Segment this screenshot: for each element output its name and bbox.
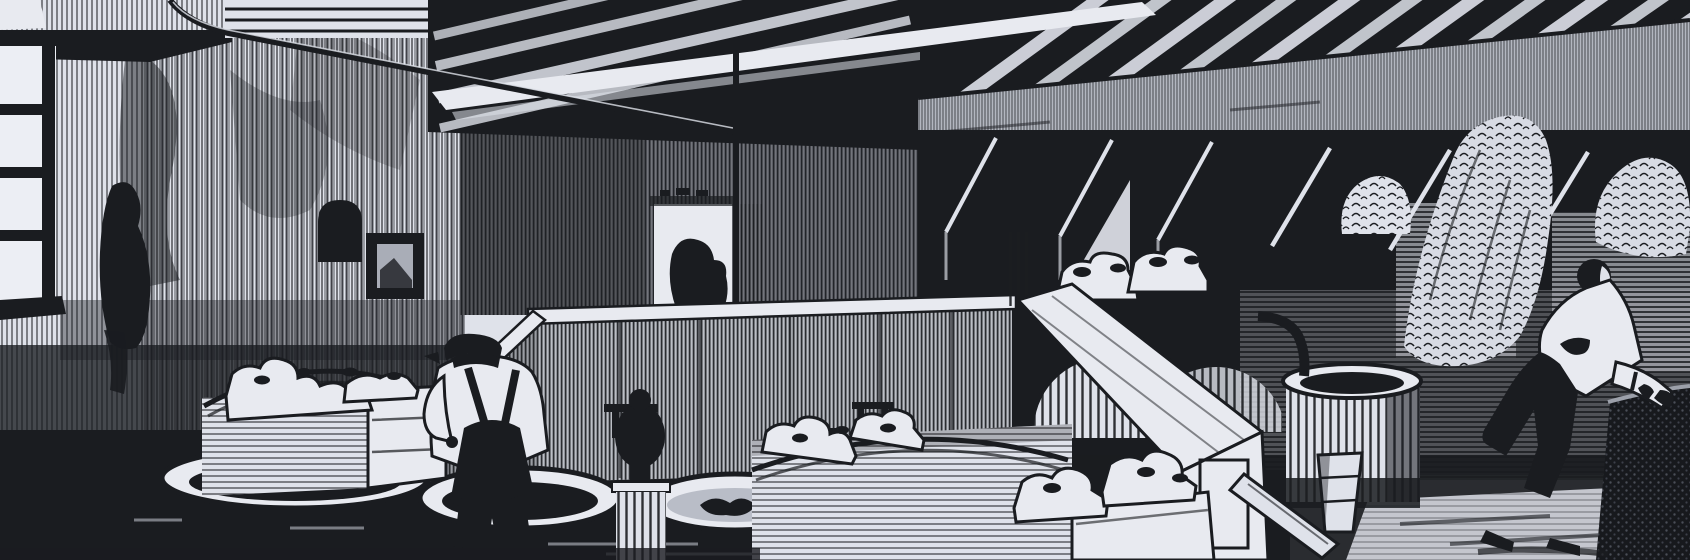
wicker-basket [1596,386,1690,560]
floor-near-edge [0,548,760,560]
engraving-canvas [0,0,1690,560]
doorway [650,188,762,308]
wall-top-slats [225,0,437,38]
wall-niche [318,200,362,262]
engraving-factory-interior: Engraved illustration of a 19th-century … [0,0,1690,560]
bucket [1318,453,1362,532]
back-wall [460,120,928,315]
wall-corner-light [0,0,46,30]
framed-picture [366,233,424,299]
